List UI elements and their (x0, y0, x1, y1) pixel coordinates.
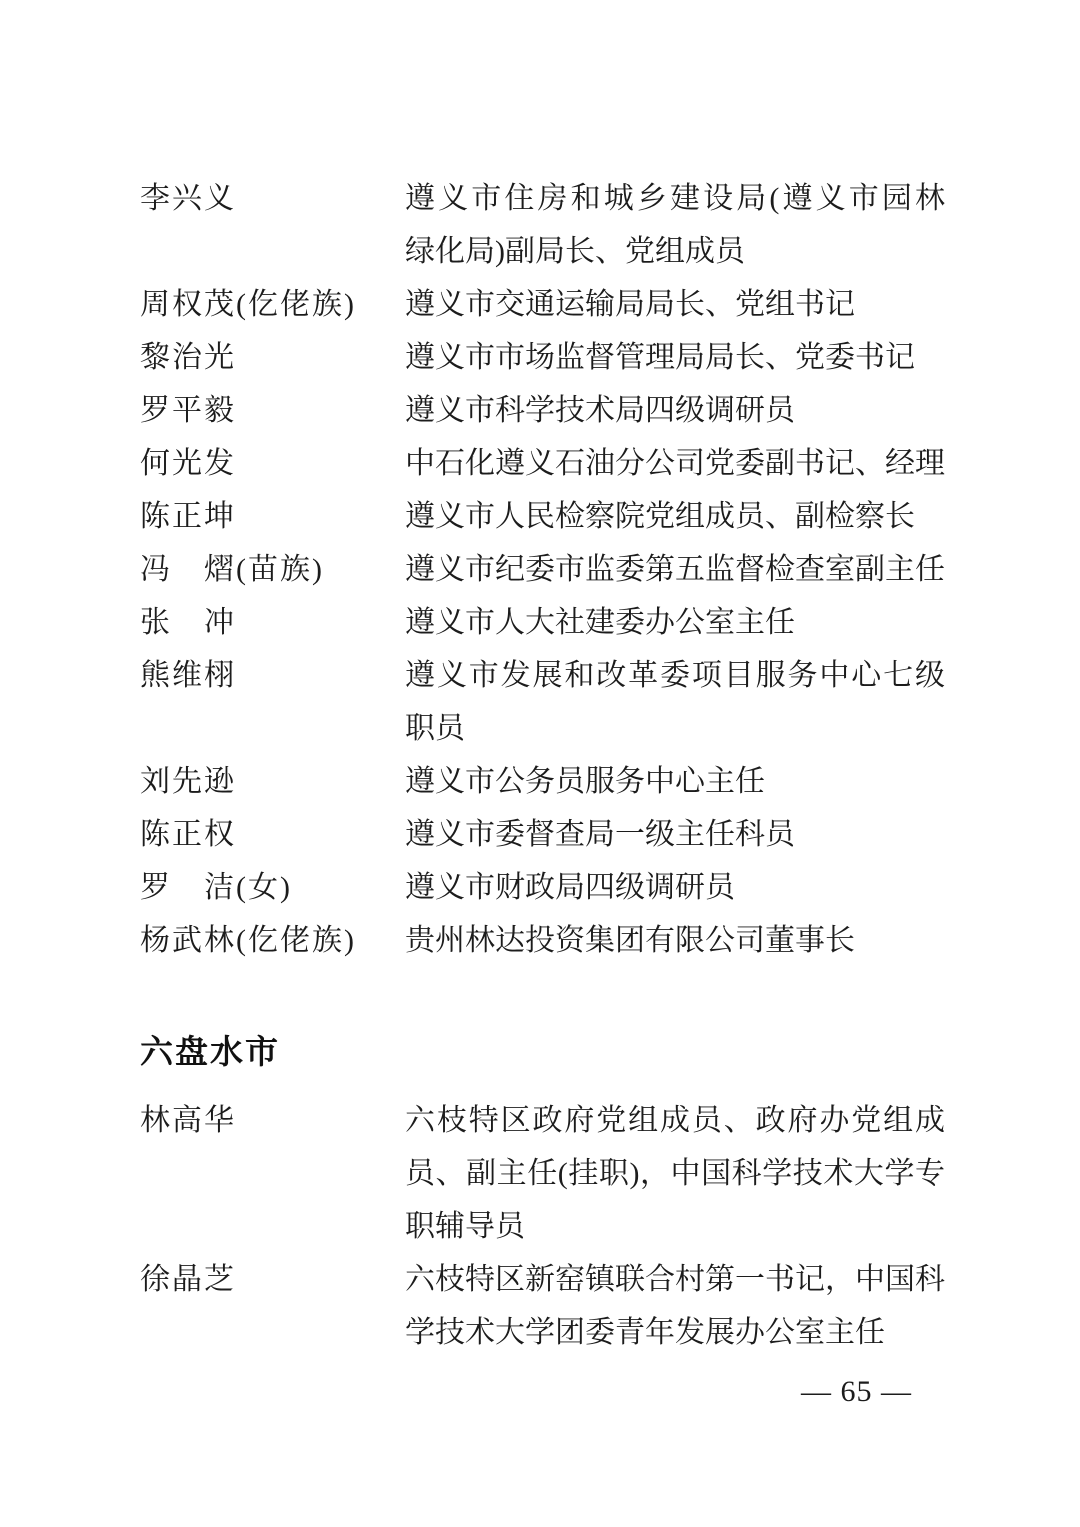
person-position: 遵义市发展和改革委项目服务中心七级 职员 (405, 649, 945, 755)
person-position: 遵义市委督查局一级主任科员 (405, 808, 945, 861)
person-name: 黎治光 (140, 331, 405, 384)
page-number: — 65 — (140, 1369, 945, 1415)
person-position: 遵义市公务员服务中心主任 (405, 755, 945, 808)
person-name: 何光发 (140, 437, 405, 490)
person-name: 熊维栩 (140, 649, 405, 702)
person-name: 冯 熠(苗族) (140, 543, 405, 596)
position-line: 六枝特区政府党组成员、政府办党组成 (405, 1094, 945, 1147)
person-name: 徐晶芝 (140, 1253, 405, 1306)
person-position: 中石化遵义石油分公司党委副书记、经理 (405, 437, 945, 490)
person-position: 遵义市科学技术局四级调研员 (405, 384, 945, 437)
list-item: 周权茂(仡佬族) 遵义市交通运输局局长、党组书记 (140, 278, 1080, 331)
person-position: 贵州林达投资集团有限公司董事长 (405, 914, 945, 967)
position-line: 遵义市委督查局一级主任科员 (405, 808, 945, 861)
position-line: 贵州林达投资集团有限公司董事长 (405, 914, 945, 967)
list-item: 罗平毅 遵义市科学技术局四级调研员 (140, 384, 1080, 437)
position-line: 学技术大学团委青年发展办公室主任 (405, 1306, 945, 1359)
person-name: 李兴义 (140, 172, 405, 225)
person-position: 遵义市住房和城乡建设局(遵义市园林 绿化局)副局长、党组成员 (405, 172, 945, 278)
person-position: 六枝特区政府党组成员、政府办党组成 员、副主任(挂职)，中国科学技术大学专 职辅… (405, 1094, 945, 1253)
person-position: 遵义市交通运输局局长、党组书记 (405, 278, 945, 331)
person-name: 杨武林(仡佬族) (140, 914, 405, 967)
position-line: 遵义市住房和城乡建设局(遵义市园林 (405, 172, 945, 225)
position-line: 遵义市纪委市监委第五监督检查室副主任 (405, 543, 945, 596)
list-item: 陈正权 遵义市委督查局一级主任科员 (140, 808, 1080, 861)
position-line: 遵义市人大社建委办公室主任 (405, 596, 945, 649)
list-item: 李兴义 遵义市住房和城乡建设局(遵义市园林 绿化局)副局长、党组成员 (140, 172, 1080, 278)
position-line: 遵义市财政局四级调研员 (405, 861, 945, 914)
person-position: 遵义市人民检察院党组成员、副检察长 (405, 490, 945, 543)
position-line: 遵义市市场监督管理局局长、党委书记 (405, 331, 945, 384)
person-name: 罗 洁(女) (140, 861, 405, 914)
list-item: 冯 熠(苗族) 遵义市纪委市监委第五监督检查室副主任 (140, 543, 1080, 596)
position-line: 绿化局)副局长、党组成员 (405, 225, 945, 278)
section-liupanshui: 六盘水市 林高华 六枝特区政府党组成员、政府办党组成 员、副主任(挂职)，中国科… (140, 1025, 1080, 1359)
position-line: 遵义市人民检察院党组成员、副检察长 (405, 490, 945, 543)
person-name: 陈正权 (140, 808, 405, 861)
person-name: 周权茂(仡佬族) (140, 278, 405, 331)
person-position: 遵义市市场监督管理局局长、党委书记 (405, 331, 945, 384)
position-line: 职辅导员 (405, 1200, 945, 1253)
person-position: 遵义市人大社建委办公室主任 (405, 596, 945, 649)
position-line: 遵义市公务员服务中心主任 (405, 755, 945, 808)
person-position: 遵义市财政局四级调研员 (405, 861, 945, 914)
person-name: 陈正坤 (140, 490, 405, 543)
list-item: 熊维栩 遵义市发展和改革委项目服务中心七级 职员 (140, 649, 1080, 755)
document-page: 李兴义 遵义市住房和城乡建设局(遵义市园林 绿化局)副局长、党组成员 周权茂(仡… (0, 0, 1080, 1527)
list-item: 徐晶芝 六枝特区新窑镇联合村第一书记，中国科 学技术大学团委青年发展办公室主任 (140, 1253, 1080, 1359)
list-item: 刘先逊 遵义市公务员服务中心主任 (140, 755, 1080, 808)
position-line: 遵义市交通运输局局长、党组书记 (405, 278, 945, 331)
position-line: 遵义市发展和改革委项目服务中心七级 (405, 649, 945, 702)
list-item: 林高华 六枝特区政府党组成员、政府办党组成 员、副主任(挂职)，中国科学技术大学… (140, 1094, 1080, 1253)
position-line: 中石化遵义石油分公司党委副书记、经理 (405, 437, 945, 490)
section-zunyi-entries: 李兴义 遵义市住房和城乡建设局(遵义市园林 绿化局)副局长、党组成员 周权茂(仡… (140, 172, 1080, 967)
list-item: 陈正坤 遵义市人民检察院党组成员、副检察长 (140, 490, 1080, 543)
person-name: 张 冲 (140, 596, 405, 649)
list-item: 黎治光 遵义市市场监督管理局局长、党委书记 (140, 331, 1080, 384)
person-name: 罗平毅 (140, 384, 405, 437)
list-item: 罗 洁(女) 遵义市财政局四级调研员 (140, 861, 1080, 914)
list-item: 张 冲 遵义市人大社建委办公室主任 (140, 596, 1080, 649)
list-item: 杨武林(仡佬族) 贵州林达投资集团有限公司董事长 (140, 914, 1080, 967)
person-name: 刘先逊 (140, 755, 405, 808)
list-item: 何光发 中石化遵义石油分公司党委副书记、经理 (140, 437, 1080, 490)
person-position: 六枝特区新窑镇联合村第一书记，中国科 学技术大学团委青年发展办公室主任 (405, 1253, 945, 1359)
position-line: 员、副主任(挂职)，中国科学技术大学专 (405, 1147, 945, 1200)
person-position: 遵义市纪委市监委第五监督检查室副主任 (405, 543, 945, 596)
section-header: 六盘水市 (140, 1025, 1080, 1078)
person-name: 林高华 (140, 1094, 405, 1147)
position-line: 遵义市科学技术局四级调研员 (405, 384, 945, 437)
position-line: 六枝特区新窑镇联合村第一书记，中国科 (405, 1253, 945, 1306)
position-line: 职员 (405, 702, 945, 755)
